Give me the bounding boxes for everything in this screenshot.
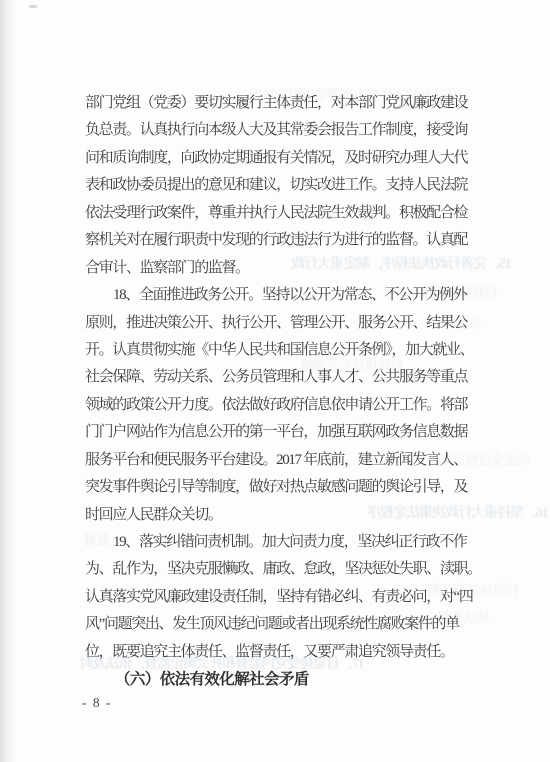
text-line: 服务平台和便民服务平台建设。2017 年底前，建立新闻发言人、 bbox=[85, 447, 485, 474]
text-line-paragraph-18-start: 18、全面推进政务公开。坚持以公开为常态、不公开为例外 bbox=[85, 282, 485, 309]
text-line: 依法受理行政案件，尊重并执行人民法院生效裁判。积极配合检 bbox=[85, 200, 485, 227]
text-line: 时回应人民群众关切。 bbox=[85, 502, 485, 529]
section-heading-six: （六）依法有效化解社会矛盾 bbox=[85, 666, 485, 693]
text-line: 为、乱作为，坚决克服懒政、庸政、怠政，坚决惩处失职、渎职。 bbox=[85, 556, 485, 583]
scan-edge-shadow bbox=[0, 0, 16, 762]
page-number: - 8 - bbox=[82, 695, 112, 711]
document-body: 部门党组（党委）要切实履行主体责任，对本部门党风廉政建设 负总责。认真执行向本级… bbox=[85, 90, 485, 694]
text-line: 风”问题突出、发生顶风违纪问题或者出现系统性腐败案件的单 bbox=[85, 611, 485, 638]
text-line: 合审计、监察部门的监督。 bbox=[85, 255, 485, 282]
text-line: 认真落实党风廉政建设责任制，坚持有错必纠、有责必问，对“四 bbox=[85, 584, 485, 611]
text-line: 察机关对在履行职责中发现的行政违法行为进行的监督。认真配 bbox=[85, 227, 485, 254]
scan-artifact-speck bbox=[29, 5, 37, 8]
text-line: 开。认真贯彻实施《中华人民共和国信息公开条例》，加大就业、 bbox=[85, 337, 485, 364]
text-line: 问和质询制度，向政协定期通报有关情况，及时研究办理人大代 bbox=[85, 145, 485, 172]
text-line-paragraph-19-start: 19、落实纠错问责机制。加大问责力度，坚决纠正行政不作 bbox=[85, 529, 485, 556]
text-line: 社会保障、劳动关系、公务员管理和人事人才、公共服务等重点 bbox=[85, 364, 485, 391]
text-line: 门门户网站作为信息公开的第一平台，加强互联网政务信息数据 bbox=[85, 419, 485, 446]
text-line: 部门党组（党委）要切实履行主体责任，对本部门党风廉政建设 bbox=[85, 90, 485, 117]
text-line: 原则，推进决策公开、执行公开、管理公开、服务公开、结果公 bbox=[85, 310, 485, 337]
text-line: 负总责。认真执行向本级人大及其常委会报告工作制度，接受询 bbox=[85, 117, 485, 144]
scanned-document-page: 依法行政工作要点部署情况报告制度 15、完善行政执法程序，制定重大行政 行政执法… bbox=[0, 0, 550, 762]
text-line: 突发事件舆论引导等制度，做好对热点敏感问题的舆论引导，及 bbox=[85, 474, 485, 501]
text-line: 位，既要追究主体责任、监督责任，又要严肃追究领导责任。 bbox=[85, 639, 485, 666]
text-line: 领域的政策公开力度。依法做好政府信息依申请公开工作。将部 bbox=[85, 392, 485, 419]
text-line: 表和政协委员提出的意见和建议，切实改进工作。支持人民法院 bbox=[85, 172, 485, 199]
